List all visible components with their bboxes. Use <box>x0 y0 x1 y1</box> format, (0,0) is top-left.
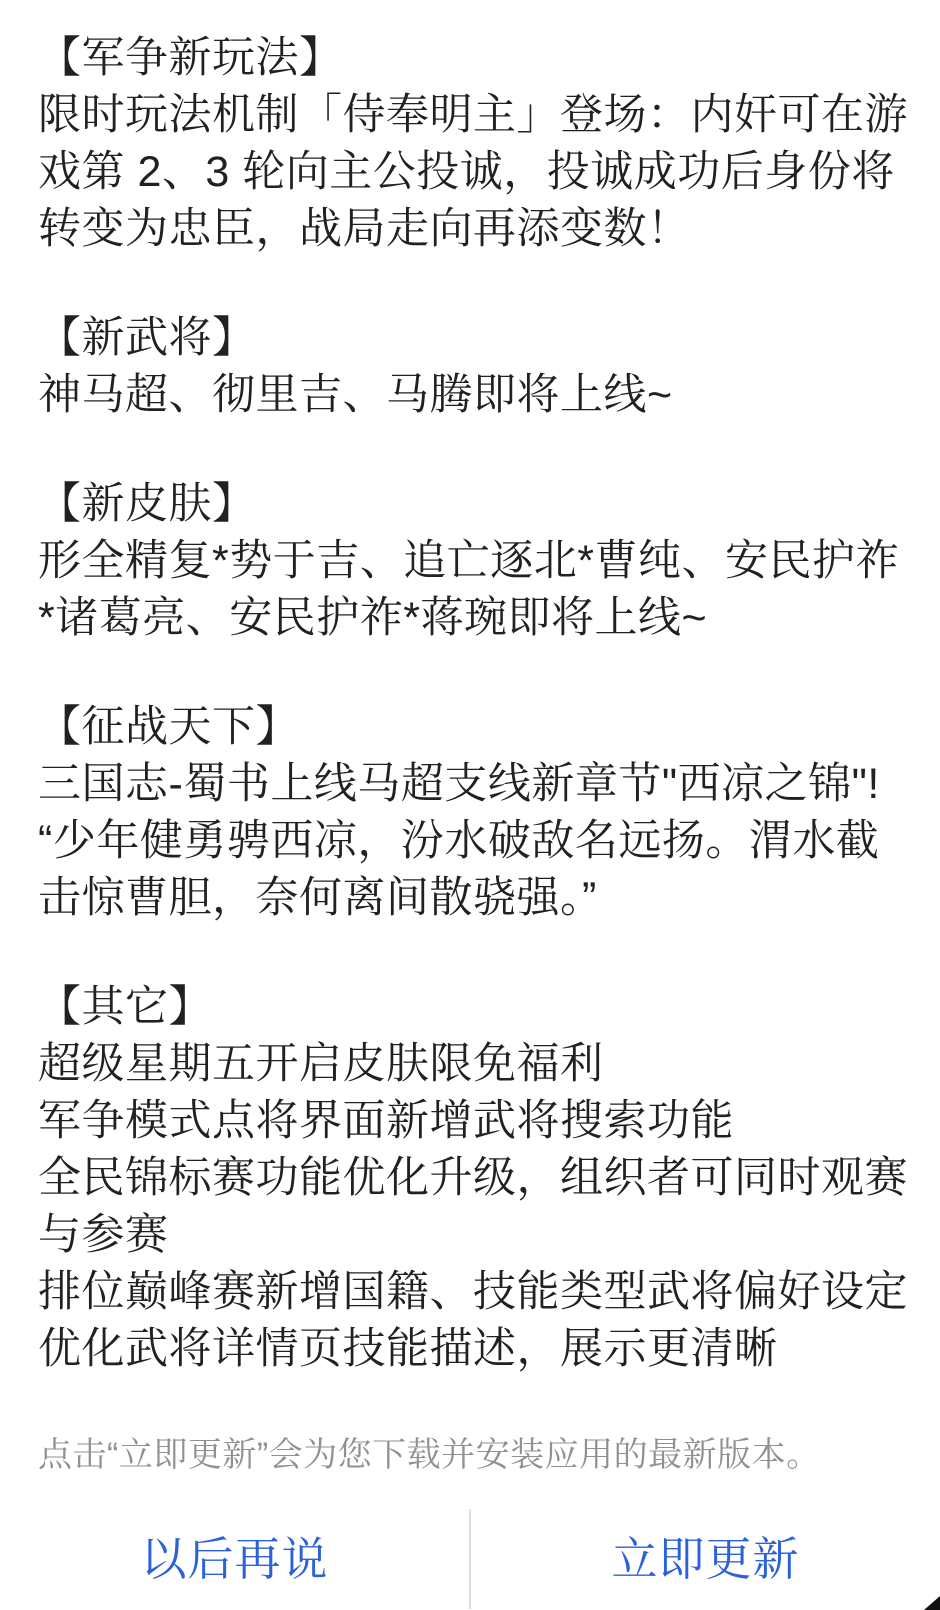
section-line: 全民锦标赛功能优化升级，组织者可同时观赛与参赛 <box>38 1150 913 1264</box>
section-line: 优化武将详情页技能描述，展示更清晰 <box>38 1321 913 1378</box>
update-now-button[interactable]: 立即更新 <box>471 1500 940 1610</box>
section-heading: 【新武将】 <box>38 310 913 367</box>
section-heading: 【军争新玩法】 <box>38 30 913 87</box>
bottom-corner-artifact <box>924 1596 940 1610</box>
dialog-actions: 以后再说 立即更新 <box>0 1500 940 1610</box>
update-hint-text: 点击“立即更新”会为您下载并安装应用的最新版本。 <box>0 1430 940 1480</box>
section-line: 神马超、彻里吉、马腾即将上线~ <box>38 367 913 424</box>
release-notes: 【军争新玩法】 限时玩法机制「侍奉明主」登场：内奸可在游戏第 2、3 轮向主公投… <box>0 0 940 1378</box>
section-line: 超级星期五开启皮肤限免福利 <box>38 1036 913 1093</box>
section-new-gameplay: 【军争新玩法】 限时玩法机制「侍奉明主」登场：内奸可在游戏第 2、3 轮向主公投… <box>38 30 913 258</box>
section-heading: 【其它】 <box>38 979 913 1036</box>
section-heading: 【新皮肤】 <box>38 476 913 533</box>
section-new-generals: 【新武将】 神马超、彻里吉、马腾即将上线~ <box>38 310 913 424</box>
section-line: “少年健勇骋西凉，汾水破敌名远扬。渭水截击惊曹胆，奈何离间散骁强。” <box>38 813 913 927</box>
section-line: 形全精复*势于吉、追亡逐北*曹纯、安民护祚*诸葛亮、安民护祚*蒋琬即将上线~ <box>38 533 913 647</box>
section-campaign: 【征战天下】 三国志-蜀书上线马超支线新章节"西凉之锦"! “少年健勇骋西凉，汾… <box>38 699 913 927</box>
later-button[interactable]: 以后再说 <box>0 1500 469 1610</box>
section-others: 【其它】 超级星期五开启皮肤限免福利 军争模式点将界面新增武将搜索功能 全民锦标… <box>38 979 913 1378</box>
section-line: 限时玩法机制「侍奉明主」登场：内奸可在游戏第 2、3 轮向主公投诚，投诚成功后身… <box>38 87 913 258</box>
section-line: 三国志-蜀书上线马超支线新章节"西凉之锦"! <box>38 756 913 813</box>
section-heading: 【征战天下】 <box>38 699 913 756</box>
section-new-skins: 【新皮肤】 形全精复*势于吉、追亡逐北*曹纯、安民护祚*诸葛亮、安民护祚*蒋琬即… <box>38 476 913 647</box>
section-line: 排位巅峰赛新增国籍、技能类型武将偏好设定 <box>38 1264 913 1321</box>
section-line: 军争模式点将界面新增武将搜索功能 <box>38 1093 913 1150</box>
